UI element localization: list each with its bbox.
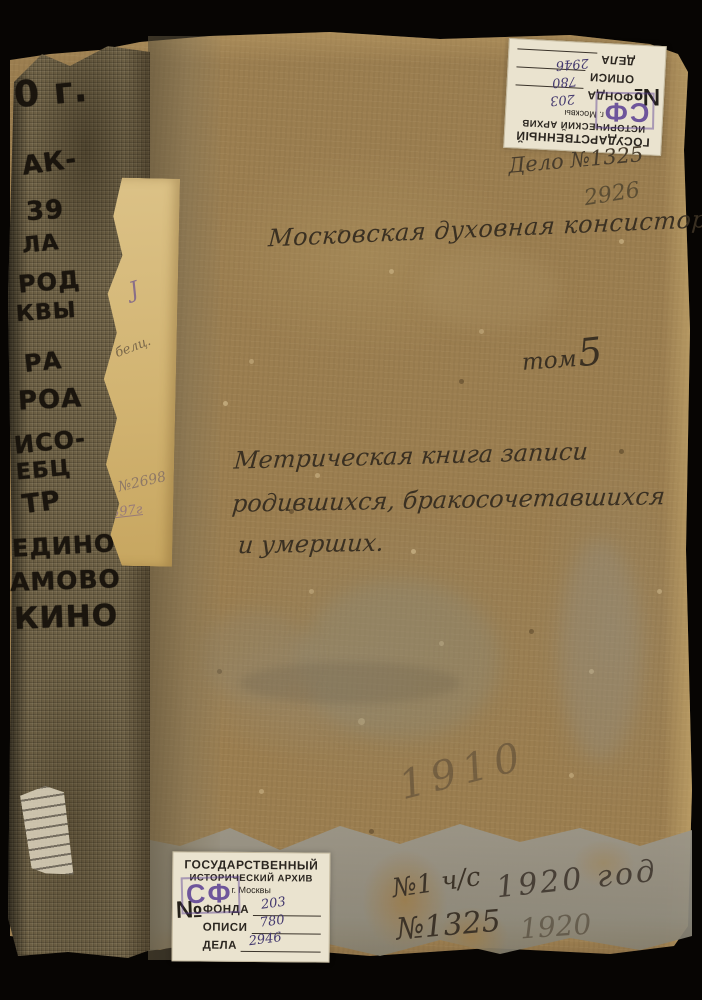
delo-label: ДЕЛА	[600, 53, 635, 67]
fond-value: 203	[260, 895, 287, 913]
spine-text-fragment: КВЫ	[15, 298, 77, 327]
delo-label: ДЕЛА	[203, 940, 237, 952]
spine-text-fragment: РА	[23, 346, 64, 378]
stain	[560, 540, 640, 760]
strip-number: №2698	[117, 469, 168, 495]
spine-text-fragment: РОА	[17, 383, 83, 416]
spine-text-fragment: КИНО	[13, 598, 118, 637]
stain	[420, 250, 560, 330]
spine-text-fragment: АМОВО	[10, 564, 122, 597]
spine-text-fragment: 0 г.	[12, 69, 89, 116]
archive-org-name: ГОСУДАРСТВЕННЫЙ	[173, 857, 329, 872]
spine-text-fragment: РОД	[17, 265, 82, 298]
opis-value: 780	[259, 913, 286, 931]
fond-value: 203	[549, 91, 575, 108]
volume-number: 5	[576, 329, 605, 375]
note-year: 1920	[519, 908, 592, 946]
paper-specks	[10, 30, 13, 33]
delo-value: 2946	[248, 930, 283, 949]
delo-value: 2946	[555, 55, 589, 73]
opis-label: ОПИСИ	[203, 922, 248, 934]
faded-pencil-smudge	[240, 662, 460, 704]
archival-photo: 0 г. АК- 39 ЛА РОД КВЫ РА РОА ИСО- ЕБЦ Т…	[0, 0, 702, 1000]
subject-line-3: и умерших.	[237, 529, 385, 560]
strip-mark: Ј	[126, 277, 142, 303]
archive-label-top: ГОСУДАРСТВЕННЫЙ ИСТОРИЧЕСКИЙ АРХИВ г. Мо…	[503, 38, 667, 156]
stain	[300, 580, 500, 740]
sf-stamp: СФ	[181, 876, 240, 915]
sf-stamp: СФ	[595, 92, 654, 130]
spine-text-fragment: ТР	[20, 486, 62, 521]
spine-text-fragment: ЛА	[21, 230, 61, 259]
spine-text-fragment: 39	[25, 195, 65, 228]
opis-value: 780	[552, 73, 578, 90]
spine-text-fragment: ЕДИНО	[11, 529, 116, 562]
spine-text-fragment: ЕБЦ	[15, 456, 72, 486]
paper-specks-dark	[10, 30, 13, 33]
archive-label-bottom: ГОСУДАРСТВЕННЫЙ ИСТОРИЧЕСКИЙ АРХИВ г. Мо…	[172, 851, 331, 962]
volume-word: том	[521, 346, 577, 376]
opis-label: ОПИСИ	[589, 70, 634, 84]
strip-faded-word: белц.	[113, 334, 153, 361]
